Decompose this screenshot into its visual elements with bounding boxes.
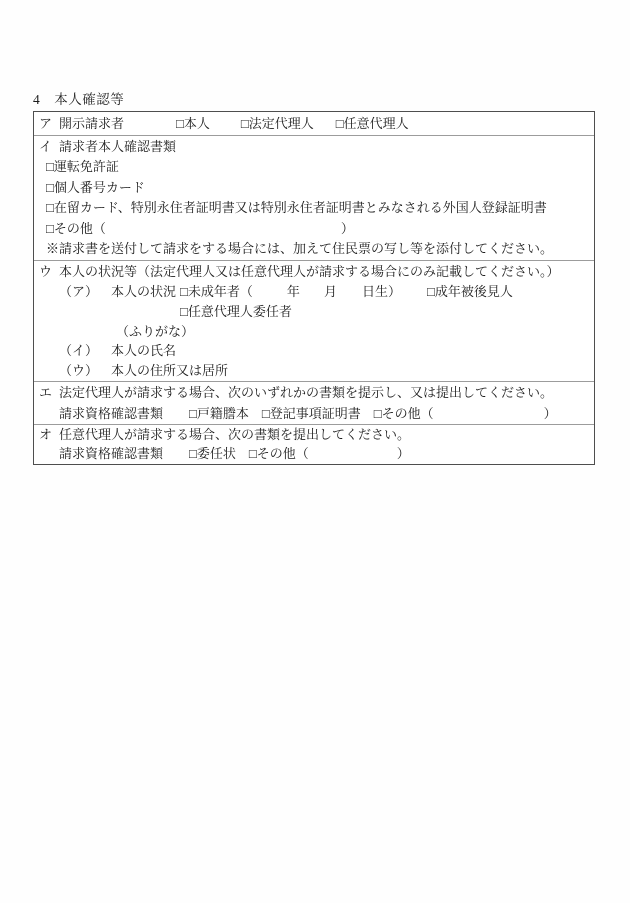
checkbox-icon: □ <box>241 113 249 135</box>
form-line: （イ）本人の氏名 <box>34 341 594 361</box>
checkbox-icon: □ <box>189 403 197 424</box>
checkbox-label: その他 <box>257 446 296 461</box>
spacer <box>253 295 287 296</box>
checkbox-icon: □ <box>46 219 54 239</box>
spacer <box>434 417 544 418</box>
checkbox-honnin[interactable]: □本人 <box>176 113 210 135</box>
line-text: 本人の住所又は居所 <box>111 363 228 378</box>
form-line: 請求資格確認書類□委任状□その他（） <box>34 445 594 463</box>
checkbox-label: 委任状 <box>197 446 236 461</box>
checkbox-icon: □ <box>336 113 344 135</box>
line-text: 開示請求者 <box>59 116 124 131</box>
line-text: ※請求書を送付して請求をする場合には、加えて住民票の写し等を添付してください。 <box>46 241 553 256</box>
form-line: （ふりがな） <box>34 322 594 342</box>
row-label: ア <box>39 113 52 135</box>
checkbox-label: 成年被後見人 <box>435 284 513 299</box>
form-line: ウ本人の状況等（法定代理人又は任意代理人が請求する場合にのみ記載してください。） <box>34 262 594 282</box>
line-text: （ <box>240 284 253 299</box>
checkbox-label: 在留カード、特別永住者証明書又は特別永住者証明書とみなされる外国人登録証明書 <box>54 200 547 215</box>
spacer <box>314 127 336 128</box>
spacer <box>163 417 189 418</box>
spacer <box>98 374 111 375</box>
line-text: （ <box>93 221 106 236</box>
checkbox-miseinensha[interactable]: □未成年者 <box>180 282 240 302</box>
checkbox-icon: □ <box>46 198 54 218</box>
spacer <box>236 457 249 458</box>
row-label: オ <box>39 426 52 444</box>
checkbox-nini-dairinin-ininsha[interactable]: □任意代理人委任者 <box>180 302 292 322</box>
row-e-legal-representative: エ法定代理人が請求する場合、次のいずれかの書類を提示し、又は提出してください。請… <box>34 381 594 425</box>
form-line: （ア）本人の状況□未成年者（年月日生）□成年被後見人 <box>34 282 594 302</box>
line-text: 本人の状況等（法定代理人又は任意代理人が請求する場合にのみ記載してください。） <box>59 264 560 279</box>
spacer <box>163 457 189 458</box>
spacer <box>52 150 59 151</box>
line-text: 請求資格確認書類 <box>59 446 163 461</box>
checkbox-label: 戸籍謄本 <box>197 406 249 421</box>
line-text: 法定代理人が請求する場合、次のいずれかの書類を提示し、又は提出してください。 <box>59 385 553 400</box>
checkbox-sonota-2[interactable]: □その他 <box>374 403 421 424</box>
line-text: 年 <box>287 284 300 299</box>
line-text: ） <box>397 446 410 461</box>
spacer <box>98 295 111 296</box>
checkbox-label: 登記事項証明書 <box>270 406 361 421</box>
form-line: オ任意代理人が請求する場合、次の書類を提出してください。 <box>34 426 594 444</box>
spacer <box>337 295 362 296</box>
spacer <box>309 457 397 458</box>
line-text: （ふりがな） <box>116 324 194 339</box>
line-text: 任意代理人が請求する場合、次の書類を提出してください。 <box>59 427 410 442</box>
form-line: 請求資格確認書類□戸籍謄本□登記事項証明書□その他（） <box>34 403 594 424</box>
spacer <box>98 354 111 355</box>
checkbox-hotei-dairinin[interactable]: □法定代理人 <box>241 113 314 135</box>
line-text: （ <box>296 446 309 461</box>
checkbox-label: その他 <box>54 221 93 236</box>
form-line: エ法定代理人が請求する場合、次のいずれかの書類を提示し、又は提出してください。 <box>34 382 594 403</box>
checkbox-icon: □ <box>249 445 257 463</box>
line-text: ） <box>544 406 557 421</box>
checkbox-icon: □ <box>176 113 184 135</box>
line-text: （ウ） <box>59 363 98 378</box>
checkbox-zairyu-card[interactable]: □在留カード、特別永住者証明書又は特別永住者証明書とみなされる外国人登録証明書 <box>46 198 547 218</box>
line-text: （ <box>421 406 434 421</box>
checkbox-ininjo[interactable]: □委任状 <box>189 445 236 463</box>
row-o-voluntary-representative: オ任意代理人が請求する場合、次の書類を提出してください。請求資格確認書類□委任状… <box>34 424 594 464</box>
spacer <box>124 127 176 128</box>
line-text: 請求者本人確認書類 <box>59 139 176 154</box>
checkbox-icon: □ <box>46 178 54 198</box>
spacer <box>52 275 59 276</box>
row-label: エ <box>39 382 52 403</box>
line-text: 本人の状況 <box>111 284 176 299</box>
row-a-disclosure-requester: ア開示請求者□本人□法定代理人□任意代理人 <box>34 112 594 135</box>
spacer <box>249 417 262 418</box>
checkbox-icon: □ <box>180 302 188 322</box>
section-title: 4 本人確認等 <box>33 88 124 108</box>
form-line: （ウ）本人の住所又は居所 <box>34 361 594 381</box>
form-line: ア開示請求者□本人□法定代理人□任意代理人 <box>34 113 594 135</box>
checkbox-label: 任意代理人委任者 <box>188 304 292 319</box>
checkbox-toki-jiko-shomeisho[interactable]: □登記事項証明書 <box>262 403 361 424</box>
form-line: イ請求者本人確認書類 <box>34 137 594 157</box>
row-label: ウ <box>39 262 52 282</box>
checkbox-label: 個人番号カード <box>54 180 145 195</box>
spacer <box>361 417 374 418</box>
checkbox-icon: □ <box>189 445 197 463</box>
checkbox-icon: □ <box>374 403 382 424</box>
spacer <box>401 295 427 296</box>
checkbox-unten-menkyosho[interactable]: □運転免許証 <box>46 157 119 177</box>
checkbox-icon: □ <box>46 157 54 177</box>
spacer <box>52 127 59 128</box>
checkbox-kojin-bango-card[interactable]: □個人番号カード <box>46 178 145 198</box>
spacer <box>52 438 59 439</box>
line-text: 請求資格確認書類 <box>59 406 163 421</box>
form-line: ※請求書を送付して請求をする場合には、加えて住民票の写し等を添付してください。 <box>34 239 594 259</box>
line-text: （ア） <box>59 284 98 299</box>
checkbox-label: 本人 <box>184 116 210 131</box>
checkbox-sonota-3[interactable]: □その他 <box>249 445 296 463</box>
document-page: 4 本人確認等 ア開示請求者□本人□法定代理人□任意代理人イ請求者本人確認書類□… <box>0 0 630 903</box>
checkbox-icon: □ <box>262 403 270 424</box>
checkbox-koseki-tohon[interactable]: □戸籍謄本 <box>189 403 249 424</box>
checkbox-icon: □ <box>427 282 435 302</box>
spacer <box>52 396 59 397</box>
spacer <box>106 232 341 233</box>
line-text: 日生） <box>362 284 401 299</box>
checkbox-label: 任意代理人 <box>344 116 409 131</box>
checkbox-nini-dairinin[interactable]: □任意代理人 <box>336 113 409 135</box>
spacer <box>300 295 324 296</box>
form-line: □在留カード、特別永住者証明書又は特別永住者証明書とみなされる外国人登録証明書 <box>34 198 594 218</box>
checkbox-sonota-1[interactable]: □その他 <box>46 219 93 239</box>
line-text: 本人の氏名 <box>111 343 176 358</box>
line-text: ） <box>341 221 354 236</box>
form-line: □任意代理人委任者 <box>34 302 594 322</box>
line-text: （イ） <box>59 343 98 358</box>
checkbox-label: 法定代理人 <box>249 116 314 131</box>
row-i-identity-documents: イ請求者本人確認書類□運転免許証□個人番号カード□在留カード、特別永住者証明書又… <box>34 135 594 260</box>
form-line: □その他（） <box>34 219 594 239</box>
form-table: ア開示請求者□本人□法定代理人□任意代理人イ請求者本人確認書類□運転免許証□個人… <box>33 111 595 465</box>
checkbox-label: 未成年者 <box>188 284 240 299</box>
line-text: 月 <box>324 284 337 299</box>
row-u-principal-status: ウ本人の状況等（法定代理人又は任意代理人が請求する場合にのみ記載してください。）… <box>34 260 594 380</box>
checkbox-label: 運転免許証 <box>54 159 119 174</box>
spacer <box>210 127 241 128</box>
checkbox-label: その他 <box>382 406 421 421</box>
form-line: □運転免許証 <box>34 157 594 177</box>
checkbox-seinen-hikokennin[interactable]: □成年被後見人 <box>427 282 513 302</box>
checkbox-icon: □ <box>180 282 188 302</box>
row-label: イ <box>39 137 52 157</box>
form-line: □個人番号カード <box>34 178 594 198</box>
